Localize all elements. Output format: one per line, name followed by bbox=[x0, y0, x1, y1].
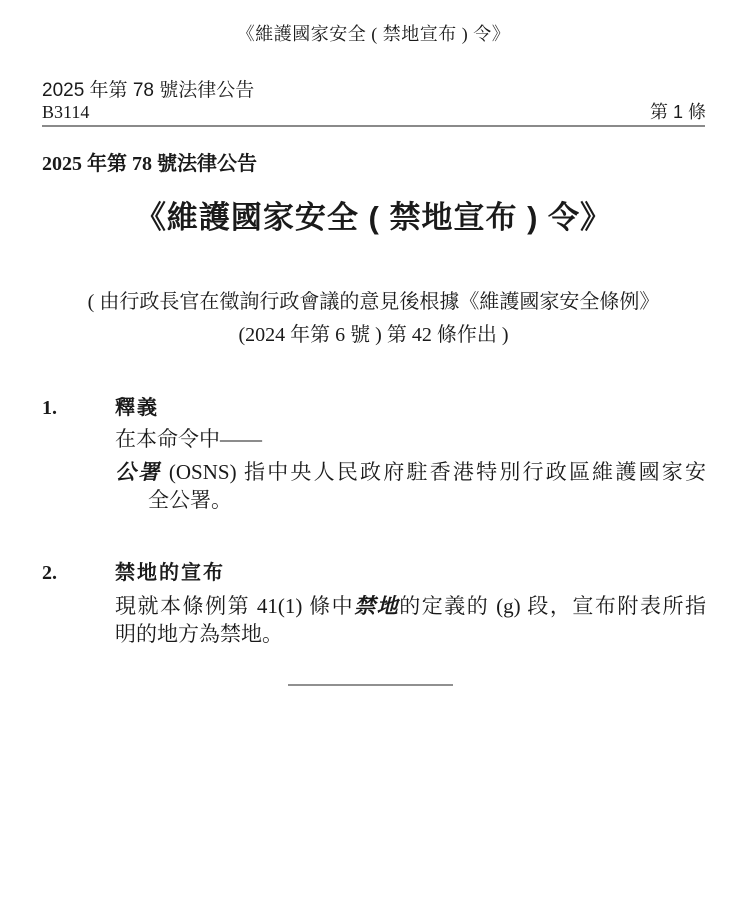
definition-line-2: 全公署。 bbox=[148, 486, 706, 514]
body-line-1-pre: 現就本條例第 41(1) 條中 bbox=[115, 594, 354, 618]
gazette-number-line: 2025 年第 78 號法律公告 bbox=[42, 79, 254, 103]
section-2-body: 現就本條例第 41(1) 條中禁地的定義的 (g) 段，宣布附表所指 明的地方為… bbox=[115, 592, 706, 648]
running-header: 《維護國家安全 ( 禁地宣布 ) 令》 bbox=[0, 23, 747, 45]
section-1-intro: 在本命令中—— bbox=[115, 425, 262, 453]
definition-line-1: 公署 (OSNS) 指中央人民政府駐香港特別行政區維護國家安 bbox=[115, 458, 706, 486]
preamble-line-1: ( 由行政長官在徵詢行政會議的意見後根據《維護國家安全條例》 bbox=[0, 286, 747, 319]
preamble-line-2: (2024 年第 6 號 ) 第 42 條作出 ) bbox=[0, 319, 747, 352]
gazette-page: 《維護國家安全 ( 禁地宣布 ) 令》 2025 年第 78 號法律公告 B31… bbox=[0, 0, 747, 924]
definition-line-1-text: (OSNS) 指中央人民政府駐香港特別行政區維護國家安 bbox=[161, 460, 706, 484]
section-reference: 第 1 條 bbox=[650, 101, 706, 123]
body-line-1-post: 的定義的 (g) 段，宣布附表所指 bbox=[399, 594, 706, 618]
section-1-heading: 釋義 bbox=[115, 395, 159, 421]
section-2-number: 2. bbox=[42, 560, 57, 586]
notice-number: 2025 年第 78 號法律公告 bbox=[42, 152, 257, 177]
definition-paragraph: 公署 (OSNS) 指中央人民政府駐香港特別行政區維護國家安 全公署。 bbox=[115, 458, 706, 514]
document-title: 《維護國家安全 ( 禁地宣布 ) 令》 bbox=[0, 198, 747, 238]
page-code: B3114 bbox=[42, 101, 89, 123]
body-line-2: 明的地方為禁地。 bbox=[115, 620, 706, 648]
preamble: ( 由行政長官在徵詢行政會議的意見後根據《維護國家安全條例》 (2024 年第 … bbox=[0, 286, 747, 352]
section-2-heading: 禁地的宣布 bbox=[115, 560, 225, 586]
defined-term-reference: 禁地 bbox=[354, 594, 399, 618]
defined-term: 公署 bbox=[115, 460, 161, 484]
body-line-1: 現就本條例第 41(1) 條中禁地的定義的 (g) 段，宣布附表所指 bbox=[115, 592, 706, 620]
section-1-number: 1. bbox=[42, 395, 57, 421]
end-of-order-divider bbox=[288, 684, 453, 686]
header-rule bbox=[42, 125, 705, 127]
